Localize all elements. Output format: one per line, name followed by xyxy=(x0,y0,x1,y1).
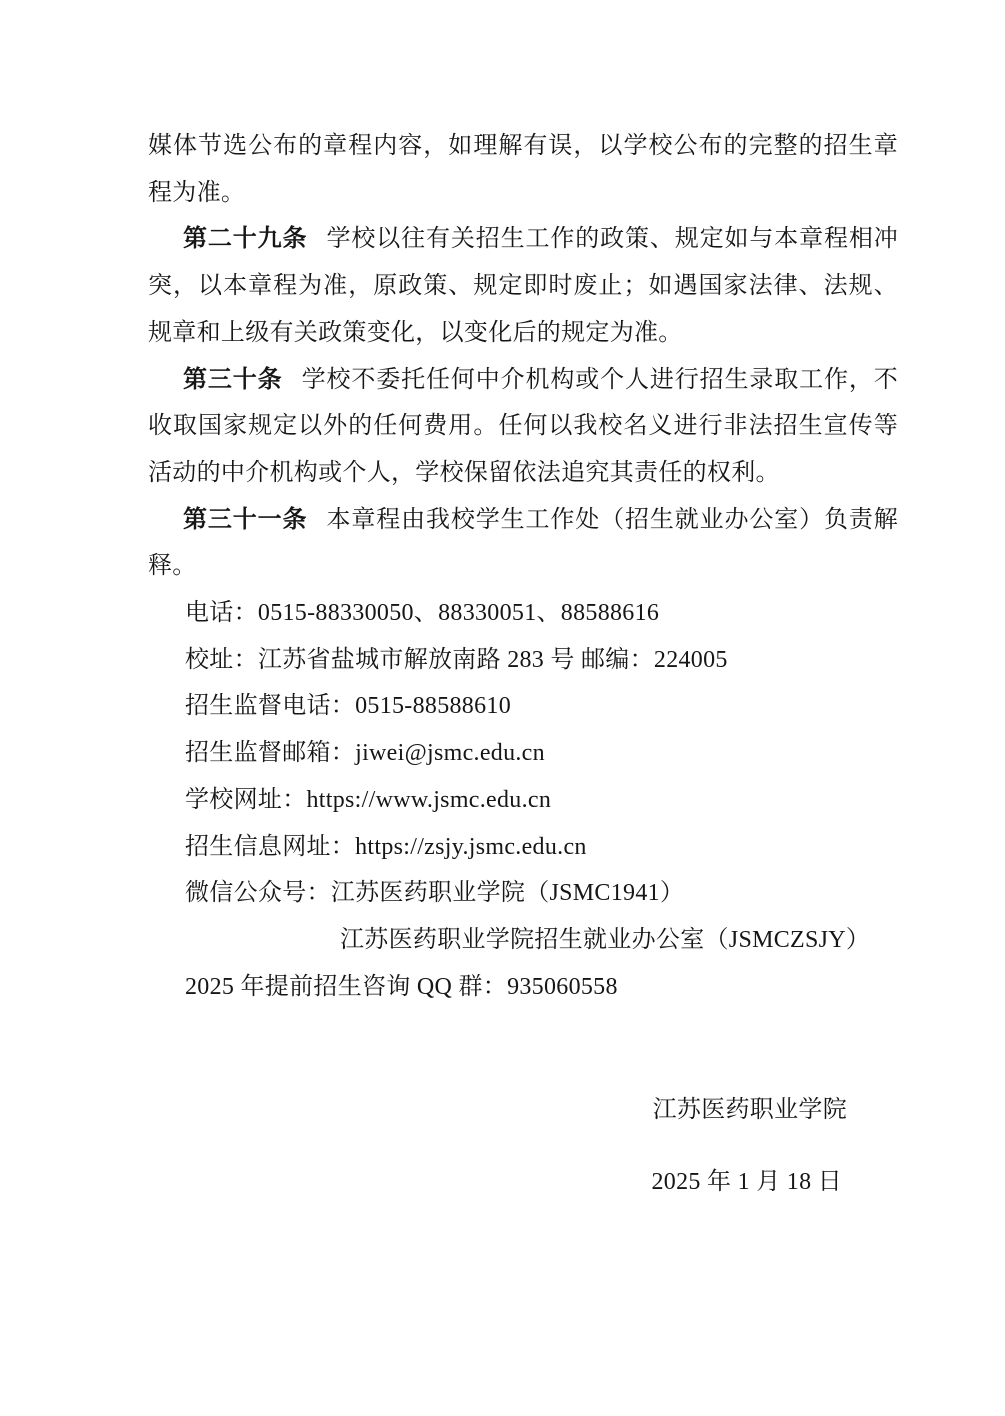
article-30-label: 第三十条 xyxy=(183,367,282,393)
contact-wechat-account-1: 微信公众号：江苏医药职业学院（JSMC1941） xyxy=(148,870,898,917)
contact-wechat-account-2: 江苏医药职业学院招生就业办公室（JSMCZSJY） xyxy=(148,917,898,964)
contact-supervision-email: 招生监督邮箱：jiwei@jsmc.edu.cn xyxy=(148,730,898,777)
signature-date: 2025 年 1 月 18 日 xyxy=(148,1159,898,1206)
contact-qq-group: 2025 年提前招生咨询 QQ 群：935060558 xyxy=(148,964,898,1011)
contact-address: 校址：江苏省盐城市解放南路 283 号 邮编：224005 xyxy=(148,637,898,684)
paragraph-text: 媒体节选公布的章程内容，如理解有误，以学校公布的完整的招生章程为准。 xyxy=(148,133,898,206)
contact-phone: 电话：0515-88330050、88330051、88588616 xyxy=(148,590,898,637)
paragraph-article-31: 第三十一条本章程由我校学生工作处（招生就业办公室）负责解释。 xyxy=(148,497,898,590)
contact-school-website: 学校网址：https://www.jsmc.edu.cn xyxy=(148,777,898,824)
spacer xyxy=(148,1010,898,1087)
signature-organization: 江苏医药职业学院 xyxy=(148,1087,898,1134)
contact-supervision-phone: 招生监督电话：0515-88588610 xyxy=(148,683,898,730)
article-31-label: 第三十一条 xyxy=(183,507,307,533)
document-page: 媒体节选公布的章程内容，如理解有误，以学校公布的完整的招生章程为准。 第二十九条… xyxy=(0,0,1005,1416)
paragraph-article-30: 第三十条学校不委托任何中介机构或个人进行招生录取工作，不收取国家规定以外的任何费… xyxy=(148,357,898,497)
document-body: 媒体节选公布的章程内容，如理解有误，以学校公布的完整的招生章程为准。 第二十九条… xyxy=(148,123,898,1206)
paragraph-article-29: 第二十九条学校以往有关招生工作的政策、规定如与本章程相冲突，以本章程为准，原政策… xyxy=(148,216,898,356)
article-29-label: 第二十九条 xyxy=(183,226,307,252)
contact-admissions-website: 招生信息网址：https://zsjy.jsmc.edu.cn xyxy=(148,824,898,871)
paragraph-continuation: 媒体节选公布的章程内容，如理解有误，以学校公布的完整的招生章程为准。 xyxy=(148,123,898,216)
